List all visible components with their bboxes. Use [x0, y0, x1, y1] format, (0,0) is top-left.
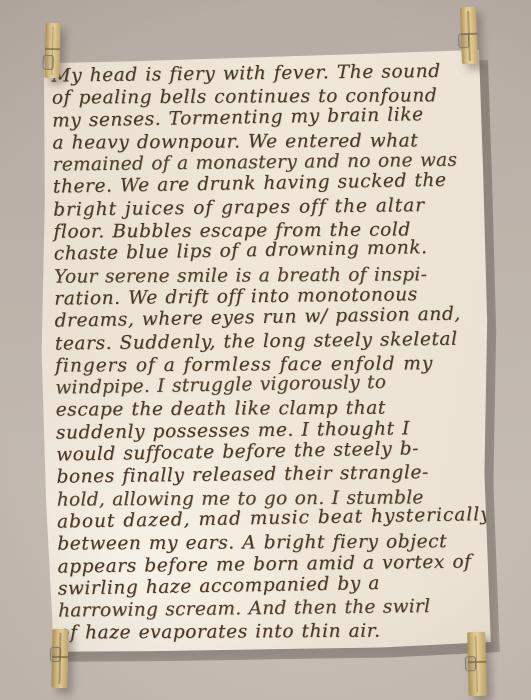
- clothespin-wood: [51, 629, 68, 688]
- clothespin-spring-icon: [458, 33, 470, 48]
- clothespin-wood: [460, 7, 478, 65]
- handwritten-line: escape the death like clamp that: [56, 397, 482, 422]
- handwritten-line: bright juices of grapes off the altar: [53, 194, 479, 221]
- clothespin-bottom-left: [51, 629, 68, 688]
- handwritten-line: a heavy downpour. We entered what: [52, 130, 478, 155]
- handwritten-line: My head is fiery with fever. The sound: [51, 60, 477, 87]
- photo-scene: My head is fiery with fever. The soundof…: [0, 0, 531, 700]
- clothespin-top-left: [44, 23, 60, 78]
- clothespin-spring-icon: [42, 55, 53, 70]
- clothespin-spring-icon: [465, 656, 476, 671]
- clothespin-bottom-right: [467, 632, 487, 696]
- clothespin-top-right: [460, 7, 478, 65]
- handwritten-line: bones finally released their strangle-: [56, 462, 482, 489]
- handwritten-line: Your serene smile is a breath of inspi-: [54, 264, 480, 289]
- handwriting-text-block: My head is fiery with fever. The soundof…: [51, 60, 484, 645]
- clothespin-wood: [44, 23, 60, 78]
- clothespin-spring-icon: [50, 646, 61, 661]
- handwritten-page: My head is fiery with fever. The soundof…: [38, 48, 494, 656]
- handwritten-line: between my ears. A bright fiery object: [57, 531, 483, 556]
- clothespin-wood: [467, 632, 487, 696]
- handwritten-line: of haze evaporates into thin air.: [58, 620, 484, 645]
- handwritten-line: tears. Suddenly, the long steely skeleta…: [55, 328, 481, 355]
